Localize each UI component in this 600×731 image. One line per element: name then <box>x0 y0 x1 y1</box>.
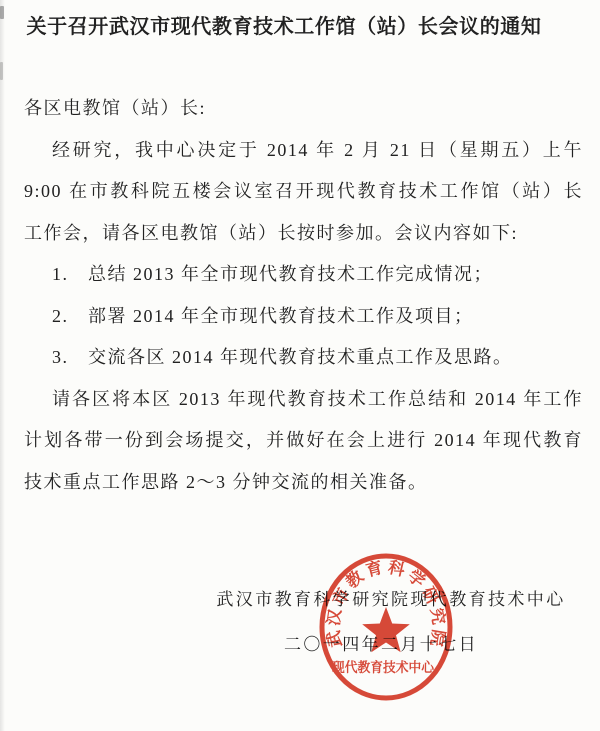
body-line: 经研究，我中心决定于 2014 年 2 月 21 日（星期五）上午 <box>24 130 583 172</box>
body-line: 9:00 在市教科院五楼会议室召开现代教育技术工作馆（站）长 <box>24 171 583 213</box>
document-body: 各区电教馆（站）长: 经研究，我中心决定于 2014 年 2 月 21 日（星期… <box>24 88 583 503</box>
body-line: 技术重点工作思路 2～3 分钟交流的相关准备。 <box>24 462 583 504</box>
body-line: 1. 总结 2013 年全市现代教育技术工作完成情况； <box>24 254 583 296</box>
seal-bottom-text: 现代教育技术中心 <box>332 659 434 675</box>
seal-graphic: 武汉市教育科学研究院 现代教育技术中心 <box>317 551 455 703</box>
official-seal-stamp: 武汉市教育科学研究院 现代教育技术中心 <box>317 551 455 703</box>
salutation: 各区电教馆（站）长: <box>24 88 583 130</box>
scan-artifact <box>0 62 3 80</box>
body-line: 2. 部署 2014 年全市现代教育技术工作及项目； <box>24 296 583 338</box>
scan-edge-shade <box>0 0 5 731</box>
body-line: 工作会，请各区电教馆（站）长按时参加。会议内容如下: <box>24 213 583 255</box>
body-line: 计划各带一份到会场提交，并做好在会上进行 2014 年现代教育 <box>24 420 583 462</box>
document-page: 关于召开武汉市现代教育技术工作馆（站）长会议的通知 各区电教馆（站）长: 经研究… <box>0 0 600 731</box>
body-line: 请各区将本区 2013 年现代教育技术工作总结和 2014 年工作 <box>24 379 583 421</box>
scan-artifact <box>0 6 4 19</box>
document-title: 关于召开武汉市现代教育技术工作馆（站）长会议的通知 <box>24 14 544 40</box>
body-lines: 经研究，我中心决定于 2014 年 2 月 21 日（星期五）上午9:00 在市… <box>24 130 583 504</box>
star-icon <box>362 607 410 652</box>
body-line: 3. 交流各区 2014 年现代教育技术重点工作及思路。 <box>24 337 583 379</box>
